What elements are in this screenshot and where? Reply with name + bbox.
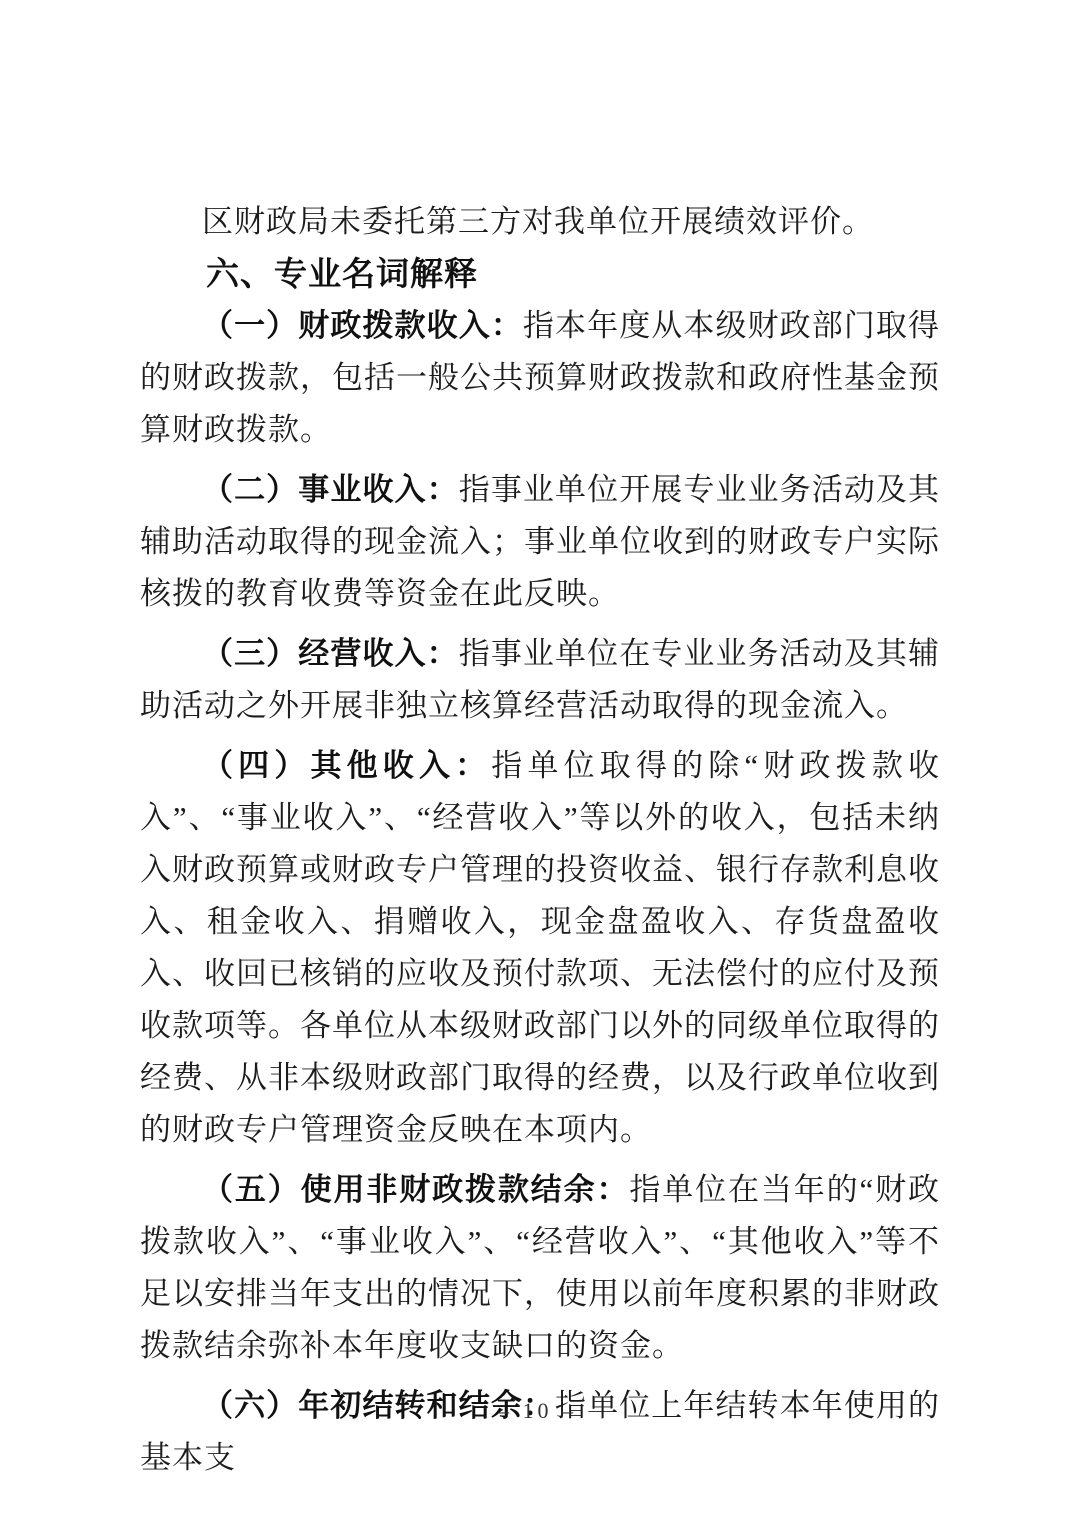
document-page: 区财政局未委托第三方对我单位开展绩效评价。 六、专业名词解释 （一）财政拨款收入… [0, 0, 1075, 1520]
definition-term: （四）其他收入： [202, 748, 491, 783]
section-heading: 六、专业名词解释 [140, 248, 940, 300]
definition-body: 指单位取得的除“财政拨款收入”、“事业收入”、“经营收入”等以外的收入，包括未纳… [140, 748, 940, 1147]
page-number: – 10 – [0, 1396, 1075, 1426]
definition-term: （五）使用非财政拨款结余： [202, 1172, 629, 1207]
definition-paragraph: （五）使用非财政拨款结余：指单位在当年的“财政拨款收入”、“事业收入”、“经营收… [140, 1164, 940, 1372]
definition-paragraph: （四）其他收入：指单位取得的除“财政拨款收入”、“事业收入”、“经营收入”等以外… [140, 740, 940, 1156]
definition-term: （三）经营收入： [202, 636, 459, 671]
definition-term: （一）财政拨款收入： [202, 308, 523, 343]
definition-paragraph: （三）经营收入：指事业单位在专业业务活动及其辅助活动之外开展非独立核算经营活动取… [140, 628, 940, 732]
definition-paragraph: （二）事业收入：指事业单位开展专业业务活动及其辅助活动取得的现金流入；事业单位收… [140, 464, 940, 620]
definition-term: （二）事业收入： [202, 472, 459, 507]
definition-paragraph: （一）财政拨款收入：指本年度从本级财政部门取得的财政拨款，包括一般公共预算财政拨… [140, 300, 940, 456]
intro-paragraph: 区财政局未委托第三方对我单位开展绩效评价。 [140, 196, 940, 248]
page-content: 区财政局未委托第三方对我单位开展绩效评价。 六、专业名词解释 （一）财政拨款收入… [140, 196, 940, 1484]
